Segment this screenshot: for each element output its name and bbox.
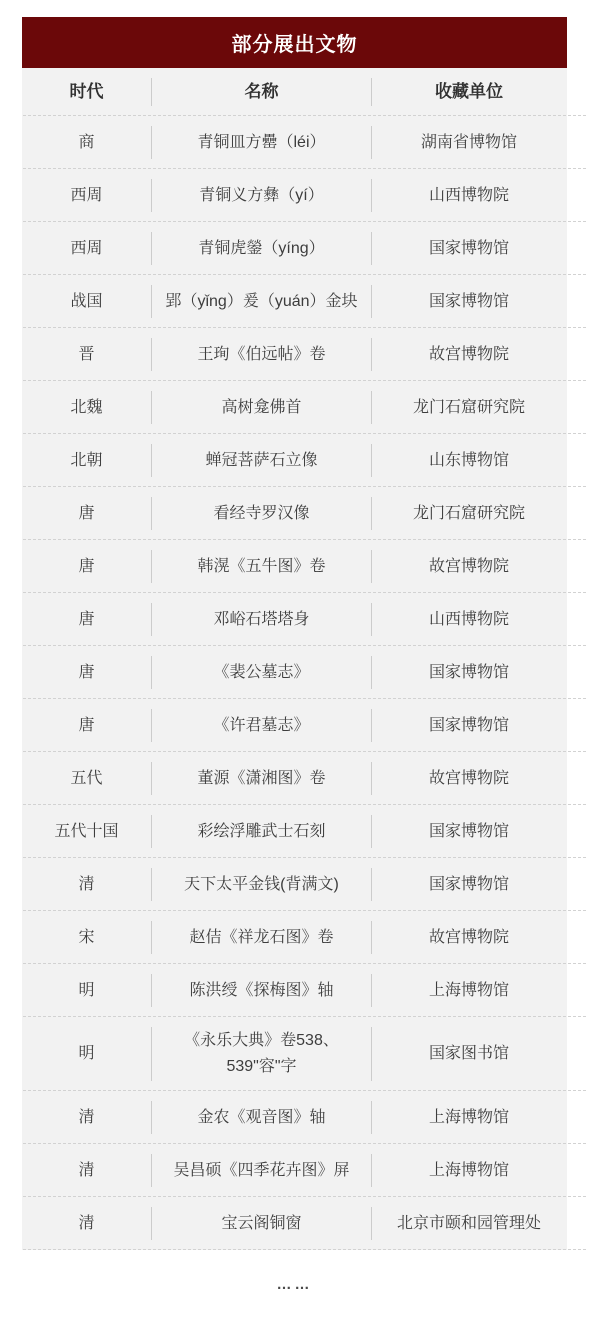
era-cell: 唐 xyxy=(22,487,151,540)
era-cell: 晋 xyxy=(22,328,151,381)
name-cell: 邓峪石塔塔身 xyxy=(152,593,371,646)
era-cell: 西周 xyxy=(22,222,151,275)
table-row: 商 青铜皿方罍（léi） 湖南省博物馆 xyxy=(22,116,567,169)
table-row: 唐 邓峪石塔塔身 山西博物院 xyxy=(22,593,567,646)
unit-cell: 龙门石窟研究院 xyxy=(372,381,566,434)
unit-cell: 国家博物馆 xyxy=(372,222,566,275)
table-row: 清 天下太平金钱(背满文) 国家博物馆 xyxy=(22,858,567,911)
table-row: 清 宝云阁铜窗 北京市颐和园管理处 xyxy=(22,1197,567,1250)
era-cell: 北魏 xyxy=(22,381,151,434)
unit-cell: 国家博物馆 xyxy=(372,646,566,699)
name-cell: 赵佶《祥龙石图》卷 xyxy=(152,911,371,964)
era-cell: 唐 xyxy=(22,593,151,646)
continuation-ellipsis: …… xyxy=(0,1276,589,1293)
era-cell: 明 xyxy=(22,1017,151,1091)
era-cell: 宋 xyxy=(22,911,151,964)
era-cell: 唐 xyxy=(22,699,151,752)
unit-cell: 北京市颐和园管理处 xyxy=(372,1197,566,1250)
unit-cell: 湖南省博物馆 xyxy=(372,116,566,169)
table-row: 唐 看经寺罗汉像 龙门石窟研究院 xyxy=(22,487,567,540)
table-row: 明 陈洪绶《探梅图》轴 上海博物馆 xyxy=(22,964,567,1017)
era-cell: 清 xyxy=(22,858,151,911)
era-cell: 唐 xyxy=(22,540,151,593)
unit-cell: 国家博物馆 xyxy=(372,805,566,858)
unit-cell: 故宫博物院 xyxy=(372,540,566,593)
table-row: 西周 青铜义方彝（yí） 山西博物院 xyxy=(22,169,567,222)
table-header-row: 时代 名称 收藏单位 xyxy=(22,68,567,116)
table-row: 唐 韩滉《五牛图》卷 故宫博物院 xyxy=(22,540,567,593)
table-row: 明 《永乐大典》卷538、539"容"字 国家图书馆 xyxy=(22,1017,567,1091)
unit-cell: 故宫博物院 xyxy=(372,911,566,964)
table-row: 北朝 蝉冠菩萨石立像 山东博物馆 xyxy=(22,434,567,487)
unit-cell: 上海博物馆 xyxy=(372,1144,566,1197)
table-row: 战国 郢（yǐng）爰（yuán）金块 国家博物馆 xyxy=(22,275,567,328)
unit-cell: 国家博物馆 xyxy=(372,699,566,752)
name-cell: 吴昌硕《四季花卉图》屏 xyxy=(152,1144,371,1197)
name-cell: 《永乐大典》卷538、539"容"字 xyxy=(152,1017,371,1091)
unit-cell: 上海博物馆 xyxy=(372,964,566,1017)
era-cell: 西周 xyxy=(22,169,151,222)
table-row: 晋 王珣《伯远帖》卷 故宫博物院 xyxy=(22,328,567,381)
name-cell: 宝云阁铜窗 xyxy=(152,1197,371,1250)
table-row: 唐 《裴公墓志》 国家博物馆 xyxy=(22,646,567,699)
unit-cell: 国家图书馆 xyxy=(372,1017,566,1091)
name-cell: 韩滉《五牛图》卷 xyxy=(152,540,371,593)
unit-cell: 故宫博物院 xyxy=(372,328,566,381)
column-header-name: 名称 xyxy=(152,68,371,116)
column-header-era: 时代 xyxy=(22,68,151,116)
unit-cell: 龙门石窟研究院 xyxy=(372,487,566,540)
table-title: 部分展出文物 xyxy=(22,17,567,68)
name-cell: 金农《观音图》轴 xyxy=(152,1091,371,1144)
unit-cell: 国家博物馆 xyxy=(372,275,566,328)
unit-cell: 山西博物院 xyxy=(372,169,566,222)
name-cell: 青铜虎鎣（yíng） xyxy=(152,222,371,275)
table-row: 清 吴昌硕《四季花卉图》屏 上海博物馆 xyxy=(22,1144,567,1197)
era-cell: 清 xyxy=(22,1197,151,1250)
era-cell: 清 xyxy=(22,1144,151,1197)
era-cell: 唐 xyxy=(22,646,151,699)
table-body: 时代 名称 收藏单位 商 青铜皿方罍（léi） 湖南省博物馆 西周 青铜义方彝（… xyxy=(22,68,567,1250)
table-row: 唐 《许君墓志》 国家博物馆 xyxy=(22,699,567,752)
table-row: 宋 赵佶《祥龙石图》卷 故宫博物院 xyxy=(22,911,567,964)
name-cell: 王珣《伯远帖》卷 xyxy=(152,328,371,381)
era-cell: 战国 xyxy=(22,275,151,328)
table-row: 清 金农《观音图》轴 上海博物馆 xyxy=(22,1091,567,1144)
unit-cell: 山东博物馆 xyxy=(372,434,566,487)
era-cell: 五代 xyxy=(22,752,151,805)
unit-cell: 山西博物院 xyxy=(372,593,566,646)
exhibit-table: 部分展出文物 时代 名称 收藏单位 商 青铜皿方罍（léi） 湖南省博物馆 西周… xyxy=(22,17,567,1250)
name-cell: 看经寺罗汉像 xyxy=(152,487,371,540)
era-cell: 五代十国 xyxy=(22,805,151,858)
name-cell: 董源《潇湘图》卷 xyxy=(152,752,371,805)
unit-cell: 国家博物馆 xyxy=(372,858,566,911)
name-cell: 彩绘浮雕武士石刻 xyxy=(152,805,371,858)
table-row: 五代十国 彩绘浮雕武士石刻 国家博物馆 xyxy=(22,805,567,858)
name-cell: 蝉冠菩萨石立像 xyxy=(152,434,371,487)
unit-cell: 上海博物馆 xyxy=(372,1091,566,1144)
era-cell: 商 xyxy=(22,116,151,169)
name-cell: 《许君墓志》 xyxy=(152,699,371,752)
name-cell: 天下太平金钱(背满文) xyxy=(152,858,371,911)
name-cell: 陈洪绶《探梅图》轴 xyxy=(152,964,371,1017)
era-cell: 明 xyxy=(22,964,151,1017)
name-cell: 《裴公墓志》 xyxy=(152,646,371,699)
name-cell: 郢（yǐng）爰（yuán）金块 xyxy=(152,275,371,328)
name-cell: 高树龛佛首 xyxy=(152,381,371,434)
column-header-unit: 收藏单位 xyxy=(372,68,566,116)
name-cell: 青铜皿方罍（léi） xyxy=(152,116,371,169)
era-cell: 北朝 xyxy=(22,434,151,487)
name-cell: 青铜义方彝（yí） xyxy=(152,169,371,222)
table-row: 北魏 高树龛佛首 龙门石窟研究院 xyxy=(22,381,567,434)
table-row: 五代 董源《潇湘图》卷 故宫博物院 xyxy=(22,752,567,805)
table-row: 西周 青铜虎鎣（yíng） 国家博物馆 xyxy=(22,222,567,275)
unit-cell: 故宫博物院 xyxy=(372,752,566,805)
era-cell: 清 xyxy=(22,1091,151,1144)
